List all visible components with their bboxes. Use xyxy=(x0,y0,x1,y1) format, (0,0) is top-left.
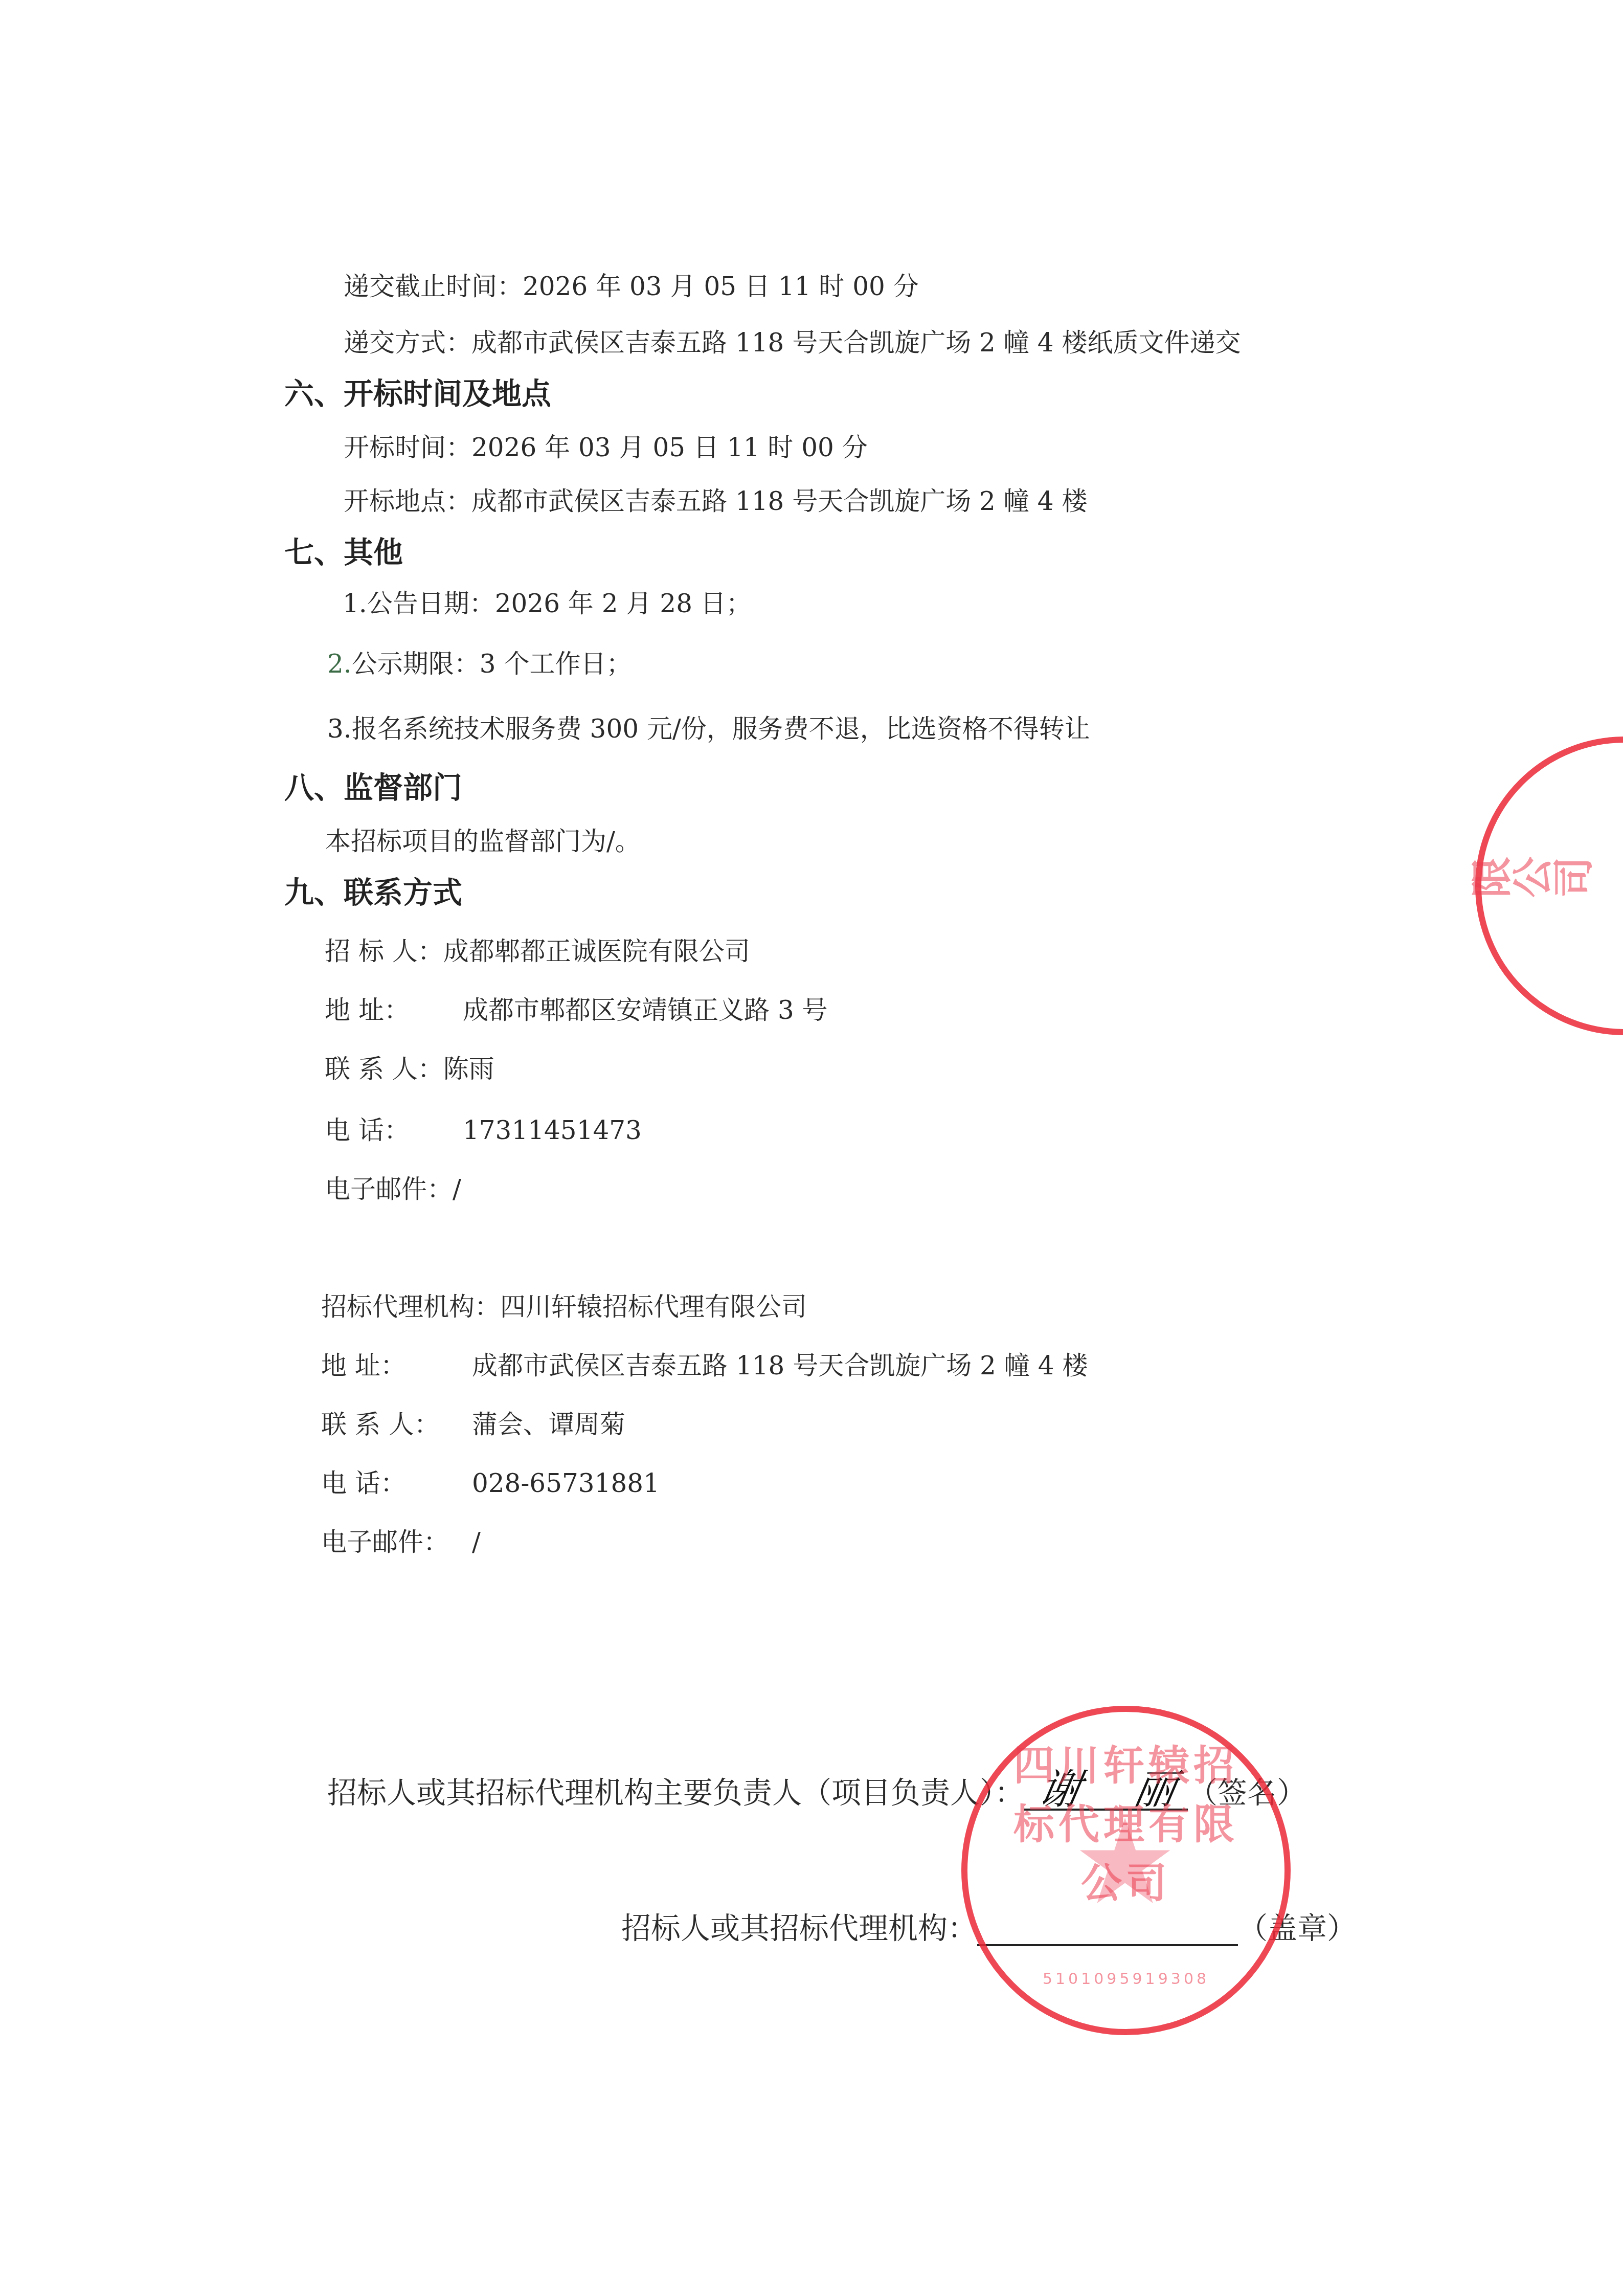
tenderer-contact-row: 联 系 人：陈雨 xyxy=(325,1054,494,1084)
other-item-number: 3. xyxy=(327,714,352,744)
edge-seal-text: 限公司 xyxy=(1470,852,1593,910)
agency-contact-value: 蒲会、谭周菊 xyxy=(472,1410,625,1439)
agency-contact-label: 联 系 人： xyxy=(321,1409,472,1440)
org-label: 招标人或其招标代理机构： xyxy=(621,1911,977,1946)
other-item-text: 公示期限：3 个工作日； xyxy=(352,649,632,679)
supervision-text: 本招标项目的监督部门为/。 xyxy=(325,826,641,857)
tenderer-phone-row: 电 话：17311451473 xyxy=(325,1115,642,1146)
other-item-text: 公告日期：2026 年 2 月 28 日； xyxy=(367,589,752,618)
other-item-number: 2. xyxy=(327,649,352,679)
seal-name-text: 四川轩辕招标代理有限公司 xyxy=(998,1732,1254,1909)
tenderer-email-value: / xyxy=(453,1174,461,1204)
submission-method-value: 成都市武侯区吉泰五路 118 号天合凯旋广场 2 幢 4 楼纸质文件递交 xyxy=(471,328,1241,358)
opening-place-value: 成都市武侯区吉泰五路 118 号天合凯旋广场 2 幢 4 楼 xyxy=(471,486,1087,516)
edge-seal-icon: 限公司 xyxy=(1475,737,1623,1035)
seal-number-text: 5101095919308 xyxy=(1034,1970,1218,1988)
agency-name-row: 招标代理机构：四川轩辕招标代理有限公司 xyxy=(321,1291,807,1322)
opening-place-label: 开标地点： xyxy=(344,486,471,516)
section-nine-heading: 九、联系方式 xyxy=(284,875,462,910)
opening-time-row: 开标时间：2026 年 03 月 05 日 11 时 00 分 xyxy=(344,432,868,463)
responsible-label: 招标人或其招标代理机构主要负责人（项目负责人）： xyxy=(327,1775,1024,1810)
agency-name-label: 招标代理机构： xyxy=(321,1292,500,1322)
other-item-1: 1.公告日期：2026 年 2 月 28 日； xyxy=(343,588,752,619)
stamp-suffix: （盖章） xyxy=(1238,1911,1357,1946)
agency-phone-value: 028-65731881 xyxy=(472,1468,660,1498)
other-item-3: 3.报名系统技术服务费 300 元/份，服务费不退，比选资格不得转让 xyxy=(327,714,1090,744)
agency-phone-row: 电 话：028-65731881 xyxy=(321,1468,660,1499)
tenderer-address-row: 地 址：成都市郫都区安靖镇正义路 3 号 xyxy=(325,995,828,1026)
other-item-text: 报名系统技术服务费 300 元/份，服务费不退，比选资格不得转让 xyxy=(352,714,1090,744)
agency-email-label: 电子邮件： xyxy=(321,1527,472,1557)
agency-contact-row: 联 系 人：蒲会、谭周菊 xyxy=(321,1409,625,1440)
seal-star-icon: ★ xyxy=(1072,1804,1178,1922)
agency-email-row: 电子邮件：/ xyxy=(321,1527,481,1557)
other-item-2: 2.公示期限：3 个工作日； xyxy=(327,649,632,679)
opening-time-label: 开标时间： xyxy=(344,433,471,462)
tenderer-address-label: 地 址： xyxy=(325,995,463,1026)
agency-address-label: 地 址： xyxy=(321,1350,472,1381)
signature-line: 谢 丽 xyxy=(1024,1778,1188,1811)
agency-address-value: 成都市武侯区吉泰五路 118 号天合凯旋广场 2 幢 4 楼 xyxy=(472,1351,1088,1380)
tenderer-name-value: 成都郫都正诚医院有限公司 xyxy=(443,937,750,966)
agency-email-value: / xyxy=(472,1527,481,1557)
opening-time-value: 2026 年 03 月 05 日 11 时 00 分 xyxy=(471,433,868,462)
submission-method-label: 递交方式： xyxy=(344,328,471,358)
opening-place-row: 开标地点：成都市武侯区吉泰五路 118 号天合凯旋广场 2 幢 4 楼 xyxy=(344,486,1087,517)
other-item-number: 1. xyxy=(343,589,367,618)
submission-method-row: 递交方式：成都市武侯区吉泰五路 118 号天合凯旋广场 2 幢 4 楼纸质文件递… xyxy=(344,327,1241,358)
sign-suffix: （签名） xyxy=(1188,1775,1306,1810)
agency-address-row: 地 址：成都市武侯区吉泰五路 118 号天合凯旋广场 2 幢 4 楼 xyxy=(321,1350,1088,1381)
tenderer-name-label: 招 标 人： xyxy=(325,937,443,966)
tenderer-name-row: 招 标 人：成都郫都正诚医院有限公司 xyxy=(325,936,750,967)
company-seal-icon: ★ 四川轩辕招标代理有限公司 5101095919308 xyxy=(961,1706,1291,2035)
tenderer-email-label: 电子邮件： xyxy=(325,1174,453,1204)
agency-name-value: 四川轩辕招标代理有限公司 xyxy=(500,1292,807,1322)
deadline-label: 递交截止时间： xyxy=(344,272,523,301)
section-eight-heading: 八、监督部门 xyxy=(284,770,462,806)
agency-phone-label: 电 话： xyxy=(321,1468,472,1499)
deadline-value: 2026 年 03 月 05 日 11 时 00 分 xyxy=(523,272,919,301)
tenderer-phone-label: 电 话： xyxy=(325,1115,463,1146)
tenderer-phone-value: 17311451473 xyxy=(463,1116,642,1145)
responsible-signature-row: 招标人或其招标代理机构主要负责人（项目负责人）：谢 丽（签名） xyxy=(327,1775,1306,1811)
section-seven-heading: 七、其他 xyxy=(284,534,403,570)
stamp-line xyxy=(977,1913,1238,1946)
handwritten-signature: 谢 丽 xyxy=(1036,1772,1199,1808)
tenderer-contact-value: 陈雨 xyxy=(443,1054,494,1084)
tenderer-email-row: 电子邮件：/ xyxy=(325,1174,461,1205)
tenderer-address-value: 成都市郫都区安靖镇正义路 3 号 xyxy=(463,995,828,1025)
deadline-row: 递交截止时间：2026 年 03 月 05 日 11 时 00 分 xyxy=(344,271,919,302)
section-six-heading: 六、开标时间及地点 xyxy=(284,376,551,412)
tenderer-contact-label: 联 系 人： xyxy=(325,1054,443,1084)
org-stamp-row: 招标人或其招标代理机构：（盖章） xyxy=(621,1910,1357,1946)
